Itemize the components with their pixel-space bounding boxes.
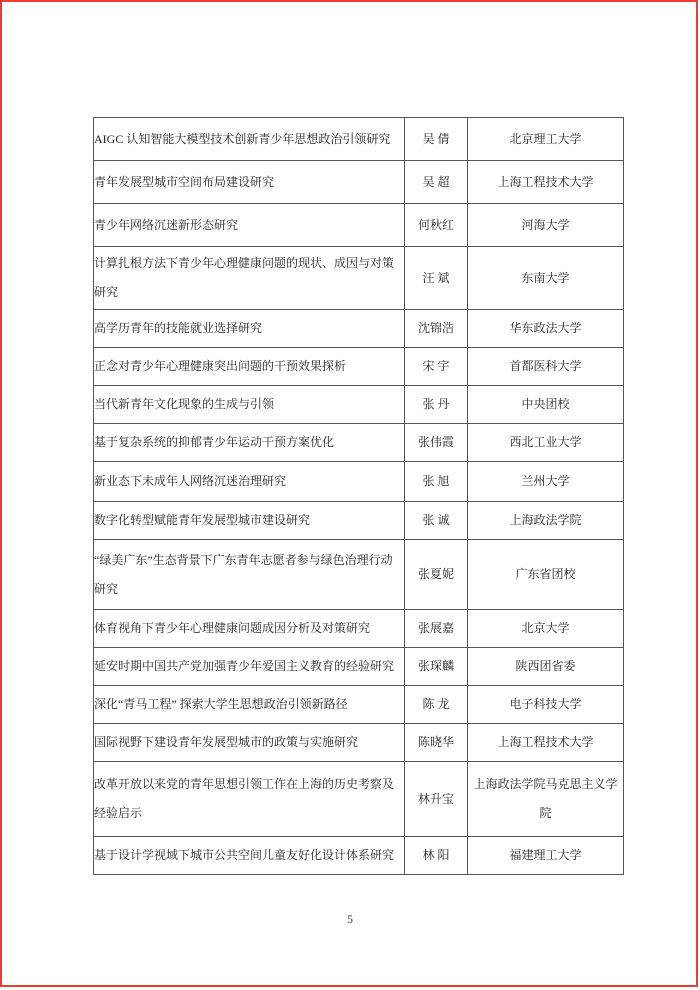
project-title-cell: 延安时期中国共产党加强青少年爱国主义教育的经验研究 [94, 648, 405, 686]
project-title-cell: 正念对青少年心理健康突出问题的干预效果探析 [94, 348, 405, 386]
project-title-cell: 国际视野下建设青年发展型城市的政策与实施研究 [94, 724, 405, 762]
table-row: 深化“青马工程” 探索大学生思想政治引领新路径 陈 龙 电子科技大学 [94, 686, 624, 724]
institution-cell: 福建理工大学 [468, 837, 624, 875]
project-title-cell: 当代新青年文化现象的生成与引领 [94, 386, 405, 424]
person-name-cell: 张展嘉 [405, 610, 468, 648]
person-name-cell: 张夏妮 [405, 540, 468, 610]
project-title-cell: 基于复杂系统的抑郁青少年运动干预方案优化 [94, 424, 405, 462]
institution-cell: 电子科技大学 [468, 686, 624, 724]
table-row: 基于设计学视域下城市公共空间儿童友好化设计体系研究 林 阳 福建理工大学 [94, 837, 624, 875]
project-title-cell: 新业态下未成年人网络沉迷治理研究 [94, 462, 405, 502]
table-row: 改革开放以来党的青年思想引领工作在上海的历史考察及经验启示 林升宝 上海政法学院… [94, 762, 624, 837]
person-name-cell: 林 阳 [405, 837, 468, 875]
table-row: 新业态下未成年人网络沉迷治理研究 张 旭 兰州大学 [94, 462, 624, 502]
person-name-cell: 张 诚 [405, 502, 468, 540]
institution-cell: 上海政法学院马克思主义学院 [468, 762, 624, 837]
table-row: 数字化转型赋能青年发展型城市建设研究 张 诚 上海政法学院 [94, 502, 624, 540]
table-row: 青少年网络沉迷新形态研究 何秋红 河海大学 [94, 204, 624, 247]
institution-cell: 河海大学 [468, 204, 624, 247]
table-row: 青年发展型城市空间布局建设研究 吴 超 上海工程技术大学 [94, 161, 624, 204]
institution-cell: 北京大学 [468, 610, 624, 648]
institution-cell: 东南大学 [468, 247, 624, 310]
table-row: AIGC 认知智能大模型技术创新青少年思想政治引领研究 吴 倩 北京理工大学 [94, 118, 624, 161]
person-name-cell: 吴 超 [405, 161, 468, 204]
person-name-cell: 汪 斌 [405, 247, 468, 310]
table-row: 国际视野下建设青年发展型城市的政策与实施研究 陈晓华 上海工程技术大学 [94, 724, 624, 762]
project-title-cell: 体育视角下青少年心理健康问题成因分析及对策研究 [94, 610, 405, 648]
person-name-cell: 何秋红 [405, 204, 468, 247]
document-page: AIGC 认知智能大模型技术创新青少年思想政治引领研究 吴 倩 北京理工大学 青… [0, 0, 700, 990]
projects-table-body: AIGC 认知智能大模型技术创新青少年思想政治引领研究 吴 倩 北京理工大学 青… [94, 118, 624, 875]
project-title-cell: 青年发展型城市空间布局建设研究 [94, 161, 405, 204]
projects-table: AIGC 认知智能大模型技术创新青少年思想政治引领研究 吴 倩 北京理工大学 青… [93, 117, 624, 875]
person-name-cell: 张琛麟 [405, 648, 468, 686]
project-title-cell: 青少年网络沉迷新形态研究 [94, 204, 405, 247]
table-row: 体育视角下青少年心理健康问题成因分析及对策研究 张展嘉 北京大学 [94, 610, 624, 648]
person-name-cell: 陈 龙 [405, 686, 468, 724]
page-number: 5 [0, 912, 700, 927]
person-name-cell: 陈晓华 [405, 724, 468, 762]
person-name-cell: 张 旭 [405, 462, 468, 502]
project-title-cell: “绿美广东”生态背景下广东青年志愿者参与绿色治理行动研究 [94, 540, 405, 610]
table-row: 正念对青少年心理健康突出问题的干预效果探析 宋 宇 首都医科大学 [94, 348, 624, 386]
table-row: 基于复杂系统的抑郁青少年运动干预方案优化 张伟霞 西北工业大学 [94, 424, 624, 462]
institution-cell: 北京理工大学 [468, 118, 624, 161]
project-title-cell: 深化“青马工程” 探索大学生思想政治引领新路径 [94, 686, 405, 724]
table-row: 当代新青年文化现象的生成与引领 张 丹 中央团校 [94, 386, 624, 424]
table-row: 计算扎根方法下青少年心理健康问题的现状、成因与对策研究 汪 斌 东南大学 [94, 247, 624, 310]
institution-cell: 首都医科大学 [468, 348, 624, 386]
project-title-cell: 计算扎根方法下青少年心理健康问题的现状、成因与对策研究 [94, 247, 405, 310]
project-title-cell: AIGC 认知智能大模型技术创新青少年思想政治引领研究 [94, 118, 405, 161]
person-name-cell: 吴 倩 [405, 118, 468, 161]
institution-cell: 兰州大学 [468, 462, 624, 502]
project-title-cell: 基于设计学视域下城市公共空间儿童友好化设计体系研究 [94, 837, 405, 875]
project-title-cell: 改革开放以来党的青年思想引领工作在上海的历史考察及经验启示 [94, 762, 405, 837]
institution-cell: 上海工程技术大学 [468, 161, 624, 204]
project-title-cell: 数字化转型赋能青年发展型城市建设研究 [94, 502, 405, 540]
person-name-cell: 张伟霞 [405, 424, 468, 462]
person-name-cell: 沈锦浩 [405, 310, 468, 348]
person-name-cell: 宋 宇 [405, 348, 468, 386]
institution-cell: 华东政法大学 [468, 310, 624, 348]
institution-cell: 上海政法学院 [468, 502, 624, 540]
person-name-cell: 林升宝 [405, 762, 468, 837]
institution-cell: 西北工业大学 [468, 424, 624, 462]
institution-cell: 广东省团校 [468, 540, 624, 610]
person-name-cell: 张 丹 [405, 386, 468, 424]
institution-cell: 陕西团省委 [468, 648, 624, 686]
table-row: 高学历青年的技能就业选择研究 沈锦浩 华东政法大学 [94, 310, 624, 348]
institution-cell: 上海工程技术大学 [468, 724, 624, 762]
table-row: 延安时期中国共产党加强青少年爱国主义教育的经验研究 张琛麟 陕西团省委 [94, 648, 624, 686]
institution-cell: 中央团校 [468, 386, 624, 424]
table-row: “绿美广东”生态背景下广东青年志愿者参与绿色治理行动研究 张夏妮 广东省团校 [94, 540, 624, 610]
project-title-cell: 高学历青年的技能就业选择研究 [94, 310, 405, 348]
